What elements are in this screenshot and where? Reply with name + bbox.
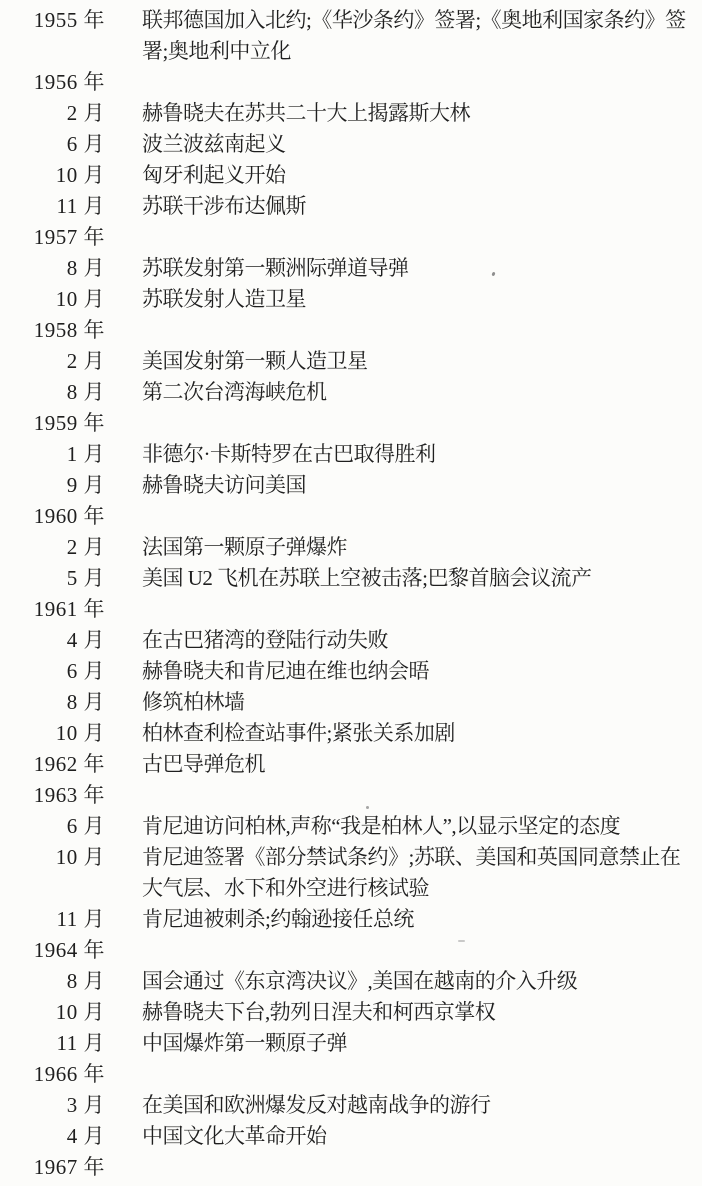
date-label: 8 月	[0, 966, 105, 997]
event-text: 联邦德国加入北约;《华沙条约》签署;《奥地利国家条约》签署;奥地利中立化	[142, 5, 699, 67]
timeline-row: 10 月匈牙利起义开始	[0, 160, 702, 191]
scanned-page: 1955 年联邦德国加入北约;《华沙条约》签署;《奥地利国家条约》签署;奥地利中…	[0, 0, 702, 1186]
timeline-row: 10 月苏联发射人造卫星	[0, 284, 702, 315]
date-label: 5 月	[0, 563, 105, 594]
date-label: 10 月	[0, 997, 105, 1028]
timeline-row: 11 月肯尼迪被刺杀;约翰逊接任总统	[0, 904, 702, 935]
cold-war-timeline: 1955 年联邦德国加入北约;《华沙条约》签署;《奥地利国家条约》签署;奥地利中…	[0, 5, 702, 1183]
date-label: 4 月	[0, 625, 105, 656]
date-label: 6 月	[0, 811, 105, 842]
event-text: 在古巴猪湾的登陆行动失败	[142, 625, 699, 656]
event-text: 美国发射第一颗人造卫星	[142, 346, 699, 377]
date-label: 1962 年	[0, 749, 105, 780]
timeline-row: 2 月美国发射第一颗人造卫星	[0, 346, 702, 377]
timeline-row: 6 月赫鲁晓夫和肯尼迪在维也纳会晤	[0, 656, 702, 687]
event-text: 苏联干涉布达佩斯	[142, 191, 699, 222]
date-label: 8 月	[0, 687, 105, 718]
date-label: 8 月	[0, 377, 105, 408]
scan-speck	[366, 806, 369, 809]
date-label: 1966 年	[0, 1059, 105, 1090]
event-text: 苏联发射第一颗洲际弹道导弹	[142, 253, 699, 284]
date-label: 11 月	[0, 191, 105, 222]
event-text: 柏林查利检查站事件;紧张关系加剧	[142, 718, 699, 749]
date-label: 6 月	[0, 129, 105, 160]
event-text: 非德尔·卡斯特罗在古巴取得胜利	[142, 439, 699, 470]
date-label: 1959 年	[0, 408, 105, 439]
timeline-row: 1958 年	[0, 315, 702, 346]
timeline-row: 1964 年	[0, 935, 702, 966]
timeline-row: 10 月赫鲁晓夫下台,勃列日涅夫和柯西京掌权	[0, 997, 702, 1028]
timeline-row: 6 月波兰波兹南起义	[0, 129, 702, 160]
scan-speck	[458, 940, 465, 942]
timeline-row: 1956 年	[0, 67, 702, 98]
timeline-row: 2 月法国第一颗原子弹爆炸	[0, 532, 702, 563]
date-label: 6 月	[0, 656, 105, 687]
event-text: 肯尼迪访问柏林,声称“我是柏林人”,以显示坚定的态度	[142, 811, 699, 842]
date-label: 10 月	[0, 842, 105, 873]
date-label: 1 月	[0, 439, 105, 470]
timeline-row: 8 月第二次台湾海峡危机	[0, 377, 702, 408]
date-label: 1963 年	[0, 780, 105, 811]
date-label: 9 月	[0, 470, 105, 501]
timeline-row: 1963 年	[0, 780, 702, 811]
timeline-row: 1959 年	[0, 408, 702, 439]
timeline-row: 5 月美国 U2 飞机在苏联上空被击落;巴黎首脑会议流产	[0, 563, 702, 594]
date-label: 4 月	[0, 1121, 105, 1152]
event-text: 中国爆炸第一颗原子弹	[142, 1028, 699, 1059]
date-label: 1958 年	[0, 315, 105, 346]
date-label: 10 月	[0, 160, 105, 191]
timeline-row: 1961 年	[0, 594, 702, 625]
timeline-row: 1960 年	[0, 501, 702, 532]
event-text: 赫鲁晓夫下台,勃列日涅夫和柯西京掌权	[142, 997, 699, 1028]
date-label: 1964 年	[0, 935, 105, 966]
date-label: 2 月	[0, 346, 105, 377]
date-label: 11 月	[0, 904, 105, 935]
date-label: 1957 年	[0, 222, 105, 253]
timeline-row: 1957 年	[0, 222, 702, 253]
timeline-row: 4 月中国文化大革命开始	[0, 1121, 702, 1152]
date-label: 2 月	[0, 532, 105, 563]
date-label: 11 月	[0, 1028, 105, 1059]
timeline-row: 1967 年	[0, 1152, 702, 1183]
event-text: 匈牙利起义开始	[142, 160, 699, 191]
event-text: 赫鲁晓夫和肯尼迪在维也纳会晤	[142, 656, 699, 687]
timeline-row: 8 月修筑柏林墙	[0, 687, 702, 718]
event-text: 苏联发射人造卫星	[142, 284, 699, 315]
event-text: 肯尼迪签署《部分禁试条约》;苏联、美国和英国同意禁止在大气层、水下和外空进行核试…	[142, 842, 699, 904]
date-label: 1967 年	[0, 1152, 105, 1183]
event-text: 在美国和欧洲爆发反对越南战争的游行	[142, 1090, 699, 1121]
timeline-row: 1 月非德尔·卡斯特罗在古巴取得胜利	[0, 439, 702, 470]
date-label: 1960 年	[0, 501, 105, 532]
timeline-row: 11 月中国爆炸第一颗原子弹	[0, 1028, 702, 1059]
event-text: 修筑柏林墙	[142, 687, 699, 718]
timeline-row: 1955 年联邦德国加入北约;《华沙条约》签署;《奥地利国家条约》签署;奥地利中…	[0, 5, 702, 67]
timeline-row: 2 月赫鲁晓夫在苏共二十大上揭露斯大林	[0, 98, 702, 129]
event-text: 古巴导弹危机	[142, 749, 699, 780]
timeline-row: 4 月在古巴猪湾的登陆行动失败	[0, 625, 702, 656]
date-label: 10 月	[0, 284, 105, 315]
timeline-row: 1966 年	[0, 1059, 702, 1090]
timeline-row: 11 月苏联干涉布达佩斯	[0, 191, 702, 222]
timeline-row: 8 月国会通过《东京湾决议》,美国在越南的介入升级	[0, 966, 702, 997]
event-text: 第二次台湾海峡危机	[142, 377, 699, 408]
event-text: 国会通过《东京湾决议》,美国在越南的介入升级	[142, 966, 699, 997]
date-label: 1956 年	[0, 67, 105, 98]
event-text: 中国文化大革命开始	[142, 1121, 699, 1152]
timeline-row: 10 月肯尼迪签署《部分禁试条约》;苏联、美国和英国同意禁止在大气层、水下和外空…	[0, 842, 702, 904]
timeline-row: 1962 年古巴导弹危机	[0, 749, 702, 780]
date-label: 1955 年	[0, 5, 105, 36]
timeline-row: 6 月肯尼迪访问柏林,声称“我是柏林人”,以显示坚定的态度	[0, 811, 702, 842]
timeline-row: 10 月柏林查利检查站事件;紧张关系加剧	[0, 718, 702, 749]
timeline-row: 3 月在美国和欧洲爆发反对越南战争的游行	[0, 1090, 702, 1121]
date-label: 1961 年	[0, 594, 105, 625]
date-label: 3 月	[0, 1090, 105, 1121]
date-label: 2 月	[0, 98, 105, 129]
date-label: 8 月	[0, 253, 105, 284]
event-text: 波兰波兹南起义	[142, 129, 699, 160]
event-text: 肯尼迪被刺杀;约翰逊接任总统	[142, 904, 699, 935]
timeline-row: 8 月苏联发射第一颗洲际弹道导弹	[0, 253, 702, 284]
event-text: 赫鲁晓夫访问美国	[142, 470, 699, 501]
event-text: 美国 U2 飞机在苏联上空被击落;巴黎首脑会议流产	[142, 563, 699, 594]
date-label: 10 月	[0, 718, 105, 749]
event-text: 赫鲁晓夫在苏共二十大上揭露斯大林	[142, 98, 699, 129]
timeline-row: 9 月赫鲁晓夫访问美国	[0, 470, 702, 501]
event-text: 法国第一颗原子弹爆炸	[142, 532, 699, 563]
